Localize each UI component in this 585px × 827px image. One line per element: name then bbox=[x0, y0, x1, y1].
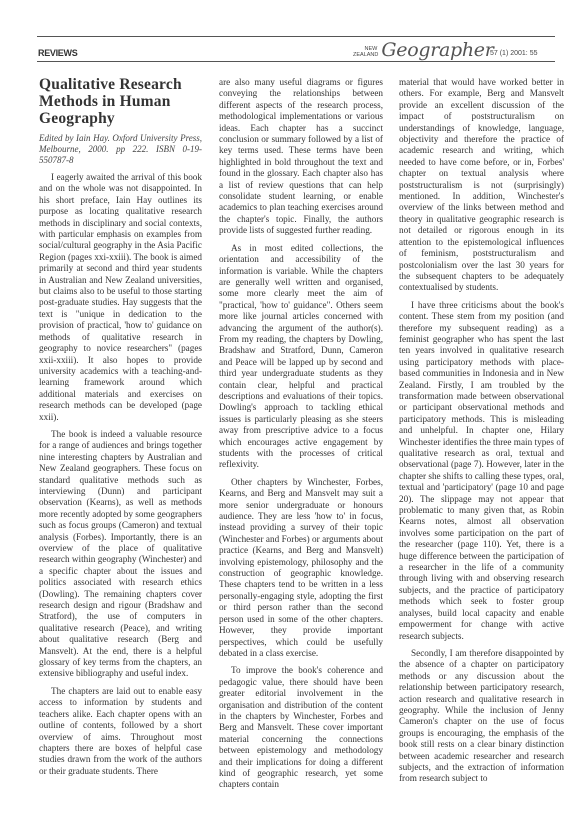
issue-info: 57 (1) 2001: 55 bbox=[490, 50, 537, 57]
paragraph: are also many useful diagrams or figures… bbox=[219, 77, 383, 237]
paragraph: Other chapters by Winchester, Forbes, Ke… bbox=[219, 477, 383, 660]
paragraph: To improve the book's coherence and peda… bbox=[219, 665, 383, 790]
paragraph: I have three criticisms about the book's… bbox=[399, 300, 564, 642]
column-2: are also many useful diagrams or figures… bbox=[219, 77, 383, 797]
paragraph: The book is indeed a valuable resource f… bbox=[39, 429, 202, 680]
journal-prefix: NEW ZEALAND bbox=[353, 46, 378, 58]
journal-name: Geographer bbox=[381, 39, 493, 61]
section-label: REVIEWS bbox=[38, 48, 77, 58]
journal-logo: NEW ZEALAND Geographer bbox=[353, 37, 494, 61]
header-rule-bottom bbox=[37, 61, 555, 62]
book-citation: Edited by Iain Hay. Oxford University Pr… bbox=[39, 133, 202, 166]
paragraph: I eagerly awaited the arrival of this bo… bbox=[39, 172, 202, 423]
column-1: Qualitative Research Methods in Human Ge… bbox=[39, 76, 202, 783]
paragraph: material that would have worked better i… bbox=[399, 77, 564, 294]
article-title: Qualitative Research Methods in Human Ge… bbox=[39, 76, 202, 127]
paragraph: As in most edited collections, the orien… bbox=[219, 243, 383, 471]
paragraph: Secondly, I am therefore disappointed by… bbox=[399, 648, 564, 785]
column-3: material that would have worked better i… bbox=[399, 77, 564, 791]
journal-prefix-bottom: ZEALAND bbox=[353, 52, 378, 58]
paragraph: The chapters are laid out to enable easy… bbox=[39, 686, 202, 777]
